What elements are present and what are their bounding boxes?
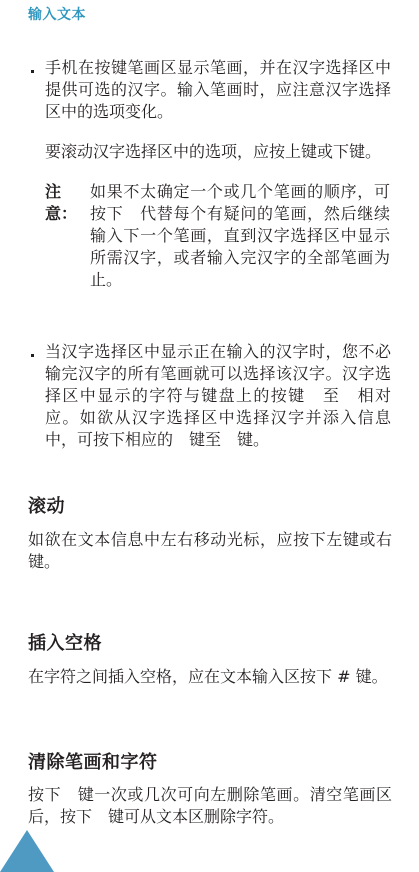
section-body-insert-space: 在字符之间插入空格，应在文本输入区按下 # 键。 xyxy=(28,666,392,688)
list-item-text: 当汉字选择区中显示正在输入的汉字时，您不必输完汉字的所有笔画就可以选择该汉字。汉… xyxy=(45,341,391,451)
section-body-clear-strokes: 按下 键一次或几次可向左删除笔画。清空笔画区后，按下 键可从文本区删除字符。 xyxy=(28,784,392,828)
note-label: 注意： xyxy=(45,181,90,291)
list-item: 手机在按键笔画区显示笔画，并在汉字选择区中提供可选的汉字。输入笔画时，应注意汉字… xyxy=(30,57,391,123)
page: 输入文本 手机在按键笔画区显示笔画，并在汉字选择区中提供可选的汉字。输入笔画时，… xyxy=(0,0,419,872)
section-heading-clear-strokes: 清除笔画和字符 xyxy=(28,748,158,774)
list-item: 当汉字选择区中显示正在输入的汉字时，您不必输完汉字的所有笔画就可以选择该汉字。汉… xyxy=(30,341,391,451)
section-body-scroll: 如欲在文本信息中左右移动光标，应按下左键或右键。 xyxy=(28,529,392,573)
bullet-dot-icon xyxy=(31,354,34,357)
corner-triangle-decoration xyxy=(0,830,54,872)
bullet-dot-icon xyxy=(31,70,34,73)
note-text: 如果不太确定一个或几个笔画的顺序，可按下 代替每个有疑问的笔画，然后继续输入下一… xyxy=(90,181,390,291)
page-title: 输入文本 xyxy=(28,4,86,24)
list-item-text: 手机在按键笔画区显示笔画，并在汉字选择区中提供可选的汉字。输入笔画时，应注意汉字… xyxy=(45,57,391,123)
note-block: 注意： 如果不太确定一个或几个笔画的顺序，可按下 代替每个有疑问的笔画，然后继续… xyxy=(45,181,390,291)
section-heading-scroll: 滚动 xyxy=(28,492,65,518)
section-heading-insert-space: 插入空格 xyxy=(28,629,102,655)
paragraph-scroll-candidates: 要滚动汉字选择区中的选项，应按上键或下键。 xyxy=(45,141,391,163)
